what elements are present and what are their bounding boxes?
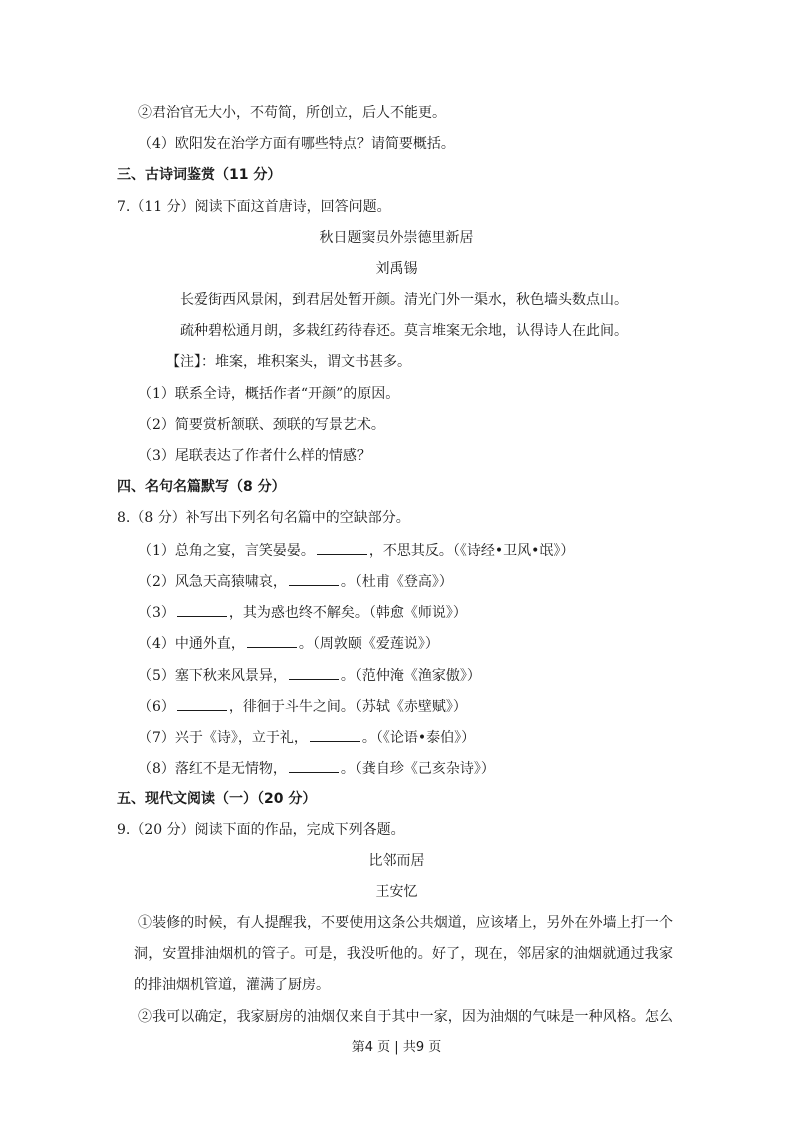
q7-subquestion-2: （2）简要赏析颔联、颈联的写景艺术。 (138, 416, 385, 434)
article-title: 比邻而居 (0, 852, 793, 870)
q8-item-8-before: （8）落红不是无情物， (138, 761, 287, 777)
q8-item-2-before: （2）风急天高猿啸哀， (138, 574, 287, 590)
q6-quote-2: ②君治官无大小，不苟简，所创立，后人不能更。 (138, 104, 446, 122)
question-8-prompt: 8.（8 分）补写出下列名句名篇中的空缺部分。 (117, 509, 410, 527)
q8-item-2: （2）风急天高猿啸哀，。（杜甫《登高》） (138, 571, 453, 591)
paragraph-2-line-1: ②我可以确定，我家厨房的油烟仅来自于其中一家，因为油烟的气味是一种风格。怎么 (138, 1008, 673, 1026)
q8-item-3: （3），其为惑也终不解矣。（韩愈《师说》） (138, 602, 467, 622)
fill-blank[interactable] (177, 602, 227, 617)
question-9-prompt: 9.（20 分）阅读下面的作品，完成下列各题。 (117, 821, 405, 839)
paragraph-1-line-3: 的排油烟机管道，灌满了厨房。 (134, 976, 330, 994)
section5-heading: 五、现代文阅读（一）（20 分） (117, 790, 316, 808)
q8-item-1: （1）总角之宴，言笑晏晏。，不思其反。（《诗经•卫风•氓》） (138, 540, 574, 560)
q8-item-4-after: 。（周敦颐《爱莲说》） (299, 636, 439, 652)
q8-item-5: （5）塞下秋来风景异，。（范仲淹《渔家傲》） (138, 665, 481, 685)
q8-item-3-before: （3） (138, 605, 175, 621)
q8-item-5-before: （5）塞下秋来风景异， (138, 668, 287, 684)
q8-item-4: （4）中通外直，。（周敦颐《爱莲说》） (138, 633, 439, 653)
q8-item-7-before: （7）兴于《诗》，立于礼， (138, 730, 308, 746)
poem-title: 秋日题窦员外崇德里新居 (0, 229, 793, 247)
page-indicator: 第4 页 | 共9 页 (0, 1039, 793, 1057)
q8-item-6: （6），徘徊于斗牛之间。（苏轼《赤壁赋》） (138, 696, 467, 716)
paragraph-1-line-1: ①装修的时候，有人提醒我，不要使用这条公共烟道，应该堵上，另外在外墙上打一个 (138, 914, 673, 932)
article-author: 王安忆 (0, 883, 793, 901)
poem-line-1: 长爱街西风景闲，到君居处暂开颜。清光门外一渠水，秋色墙头数点山。 (180, 291, 628, 309)
q8-item-3-after: ，其为惑也终不解矣。（韩愈《师说》） (229, 605, 467, 621)
q8-item-1-before: （1）总角之宴，言笑晏晏。 (138, 543, 315, 559)
poem-author: 刘禹锡 (0, 260, 793, 278)
poem-line-2: 疏种碧松通月朗，多栽红药待春还。莫言堆案无余地，认得诗人在此间。 (180, 322, 628, 340)
fill-blank[interactable] (310, 727, 360, 742)
q6-subquestion-4: （4）欧阳发在治学方面有哪些特点？请简要概括。 (138, 135, 455, 153)
fill-blank[interactable] (177, 696, 227, 711)
q8-item-8: （8）落红不是无情物，。（龚自珍《己亥杂诗》） (138, 758, 495, 778)
document-page: ②君治官无大小，不苟简，所创立，后人不能更。 （4）欧阳发在治学方面有哪些特点？… (0, 0, 793, 1122)
q8-item-1-after: ，不思其反。（《诗经•卫风•氓》） (369, 543, 575, 559)
fill-blank[interactable] (247, 633, 297, 648)
fill-blank[interactable] (289, 571, 339, 586)
q8-item-6-before: （6） (138, 699, 175, 715)
question-7-prompt: 7.（11 分）阅读下面这首唐诗，回答问题。 (117, 198, 391, 216)
q8-item-6-after: ，徘徊于斗牛之间。（苏轼《赤壁赋》） (229, 699, 467, 715)
fill-blank[interactable] (289, 758, 339, 773)
fill-blank[interactable] (289, 665, 339, 680)
q8-item-8-after: 。（龚自珍《己亥杂诗》） (341, 761, 495, 777)
section4-heading: 四、名句名篇默写（8 分） (117, 478, 286, 496)
paragraph-1-line-2: 洞，安置排油烟机的管子。可是，我没听他的。好了，现在，邻居家的油烟就通过我家 (134, 945, 673, 963)
q8-item-7: （7）兴于《诗》，立于礼，。（《论语•泰伯》） (138, 727, 475, 747)
q7-subquestion-1: （1）联系全诗，概括作者“开颜”的原因。 (138, 385, 399, 403)
q8-item-2-after: 。（杜甫《登高》） (341, 574, 453, 590)
q8-item-5-after: 。（范仲淹《渔家傲》） (341, 668, 481, 684)
poem-note: 【注】：堆案，堆积案头，谓文书甚多。 (166, 353, 411, 371)
q8-item-7-after: 。（《论语•泰伯》） (362, 730, 475, 746)
section3-heading: 三、古诗词鉴赏（11 分） (117, 166, 281, 184)
q7-subquestion-3: （3）尾联表达了作者什么样的情感？ (138, 447, 371, 465)
fill-blank[interactable] (317, 540, 367, 555)
q8-item-4-before: （4）中通外直， (138, 636, 245, 652)
